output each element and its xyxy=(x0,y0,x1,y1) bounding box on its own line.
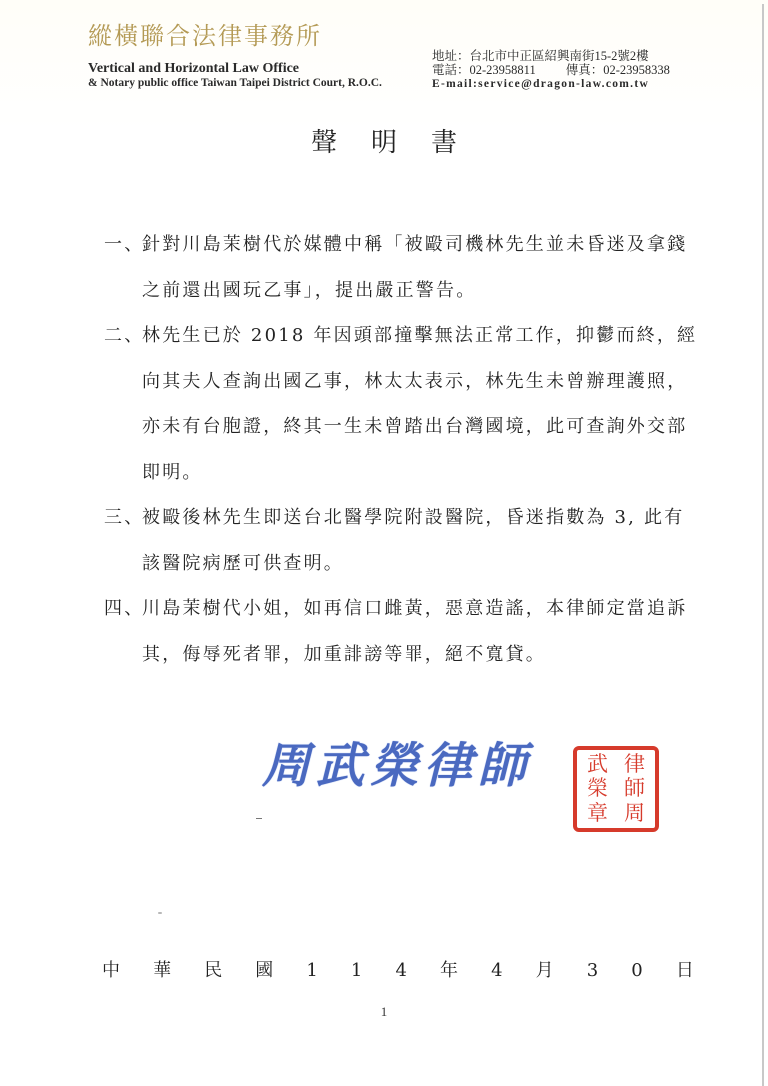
item-line: 之前還出國玩乙事」，提出嚴正警告。 xyxy=(104,268,694,314)
date-char: 1 xyxy=(306,962,317,980)
statement-items: 一、 針對川島茉樹代於媒體中稱「被毆司機林先生並未昏迷及拿錢 之前還出國玩乙事」… xyxy=(104,222,694,677)
date-char: 民 xyxy=(204,962,222,980)
item-line: 川島茉樹代小姐，如再信口雌黃，惡意造謠，本律師定當追訴 xyxy=(104,586,694,632)
document-page: 縱橫聯合法律事務所 Vertical and Horizontal Law Of… xyxy=(0,0,768,1086)
date-char: 1 xyxy=(351,962,362,980)
firm-name-chinese: 縱橫聯合法律事務所 xyxy=(88,24,322,48)
firm-email: E-mail:service@dragon-law.com.tw xyxy=(432,77,670,91)
lawyer-seal: 武 榮 章 律 師 周 xyxy=(573,746,659,832)
seal-char: 周 xyxy=(616,803,653,824)
firm-phone-fax: 電話：02-23958811傳真：02-23958338 xyxy=(432,63,670,77)
page-edge-shadow xyxy=(762,4,764,1086)
date-char: 4 xyxy=(395,962,406,980)
date-char: 日 xyxy=(676,962,694,980)
item-number: 二、 xyxy=(104,313,144,359)
date-char: 華 xyxy=(153,962,171,980)
item-line: 即明。 xyxy=(104,450,694,496)
statement-item-4: 四、 川島茉樹代小姐，如再信口雌黃，惡意造謠，本律師定當追訴 其，侮辱死者罪，加… xyxy=(104,586,694,677)
statement-item-3: 三、 被毆後林先生即送台北醫學院附設醫院，昏迷指數為 3, 此有 該醫院病歷可供… xyxy=(104,495,694,586)
seal-char: 師 xyxy=(616,778,653,799)
date-char: 年 xyxy=(440,962,458,980)
document-date: 中 華 民 國 1 1 4 年 4 月 3 0 日 xyxy=(102,962,694,980)
scan-mark xyxy=(158,912,162,914)
item-number: 四、 xyxy=(104,586,144,632)
item-line: 向其夫人查詢出國乙事，林太太表示，林先生未曾辦理護照， xyxy=(104,359,694,405)
seal-char: 律 xyxy=(616,754,653,775)
document-title: 聲明書 xyxy=(0,130,768,156)
item-number: 三、 xyxy=(104,495,144,541)
seal-char: 武 xyxy=(579,754,616,775)
seal-char: 章 xyxy=(579,803,616,824)
firm-address: 地址：台北市中正區紹興南街15-2號2樓 xyxy=(432,49,670,63)
scan-mark xyxy=(256,818,262,819)
item-line: 林先生已於 2018 年因頭部撞擊無法正常工作，抑鬱而終，經 xyxy=(104,313,694,359)
date-char: 0 xyxy=(631,962,642,980)
firm-name-english: Vertical and Horizontal Law Office xyxy=(88,61,299,77)
firm-contact-block: 地址：台北市中正區紹興南街15-2號2樓 電話：02-23958811傳真：02… xyxy=(432,49,670,91)
firm-phone: 電話：02-23958811 xyxy=(432,63,536,77)
firm-fax: 傳真：02-23958338 xyxy=(566,63,670,77)
date-char: 4 xyxy=(491,962,502,980)
date-char: 中 xyxy=(102,962,120,980)
statement-item-1: 一、 針對川島茉樹代於媒體中稱「被毆司機林先生並未昏迷及拿錢 之前還出國玩乙事」… xyxy=(104,222,694,313)
item-number: 一、 xyxy=(104,222,144,268)
item-line: 亦未有台胞證，終其一生未曾踏出台灣國境，此可查詢外交部 xyxy=(104,404,694,450)
date-char: 月 xyxy=(536,962,554,980)
lawyer-signature-stamp: 周武榮律師 xyxy=(262,742,532,790)
page-number: 1 xyxy=(0,1004,768,1020)
item-line: 該醫院病歷可供查明。 xyxy=(104,541,694,587)
date-char: 3 xyxy=(587,962,598,980)
firm-subtitle-english: & Notary public office Taiwan Taipei Dis… xyxy=(88,77,382,89)
item-line: 針對川島茉樹代於媒體中稱「被毆司機林先生並未昏迷及拿錢 xyxy=(104,222,694,268)
item-line: 其，侮辱死者罪，加重誹謗等罪，絕不寬貸。 xyxy=(104,632,694,678)
date-char: 國 xyxy=(255,962,273,980)
statement-item-2: 二、 林先生已於 2018 年因頭部撞擊無法正常工作，抑鬱而終，經 向其夫人查詢… xyxy=(104,313,694,495)
seal-char: 榮 xyxy=(579,778,616,799)
item-line: 被毆後林先生即送台北醫學院附設醫院，昏迷指數為 3, 此有 xyxy=(104,495,694,541)
